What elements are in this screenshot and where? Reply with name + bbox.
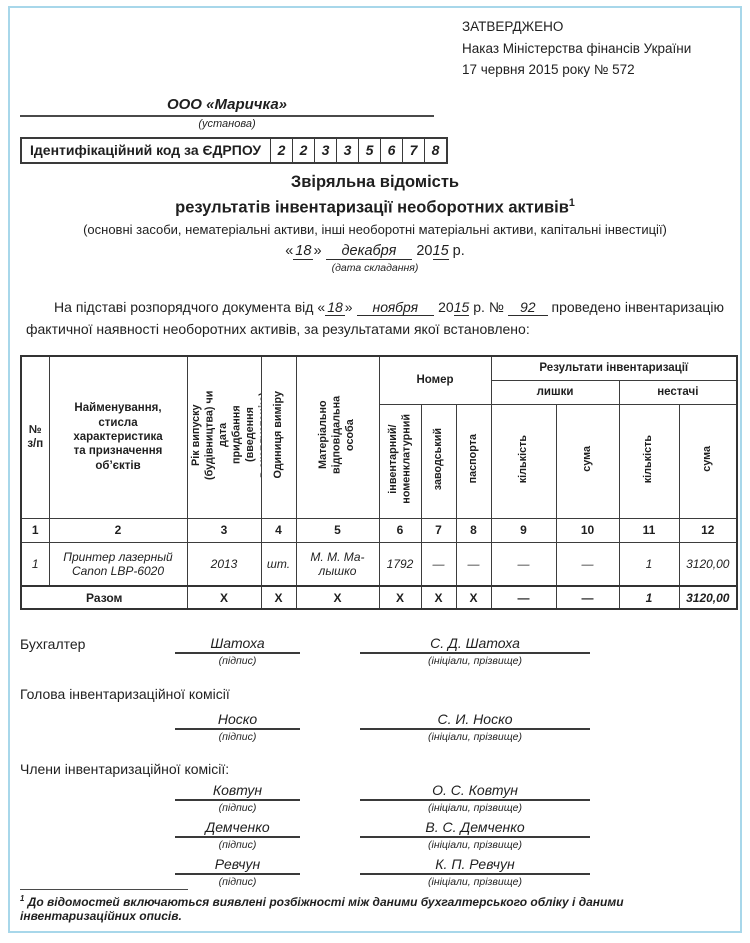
th-person: Матеріально відповідальна особа — [296, 356, 379, 518]
chairman-signature: Носко — [175, 711, 300, 730]
cell-surplus-sum: — — [556, 542, 619, 586]
date-year: 15 — [433, 243, 449, 260]
document-title-line-1: Звіряльна відомість — [20, 172, 730, 193]
col-num-2: 2 — [49, 518, 187, 542]
member-2-name: В. С. Демченко — [360, 819, 590, 838]
member-1-name-caption: (ініціали, прізвище) — [360, 802, 590, 814]
accountant-name-caption: (ініціали, прізвище) — [360, 655, 590, 667]
member-2-name-caption: (ініціали, прізвище) — [360, 839, 590, 851]
approval-line-1: ЗАТВЕРДЖЕНО — [462, 16, 730, 38]
footnote-text: 1 До відомостей включаються виявлені роз… — [20, 894, 730, 923]
title-footnote-ref: 1 — [569, 197, 575, 209]
chairman-signature-row: Носко (підпис) С. И. Носко (ініціали, пр… — [20, 711, 730, 743]
title-block: Звіряльна відомість результатів інвентар… — [20, 172, 730, 275]
edrpou-label: Ідентифікаційний код за ЄДРПОУ — [22, 139, 270, 162]
date-century: 20 — [412, 243, 432, 259]
accountant-signature-row: Бухгалтер Шатоха (підпис) С. Д. Шатоха (… — [20, 635, 730, 667]
th-np: № з/п — [21, 356, 49, 518]
document-date: «18» декабря 2015 р. — [20, 243, 730, 259]
chairman-name-block: С. И. Носко (ініціали, прізвище) — [360, 711, 590, 743]
member-3-name: К. П. Ревчун — [360, 856, 590, 875]
intro-number-label: р. № — [469, 299, 508, 315]
accountant-signature-caption: (підпис) — [175, 655, 300, 667]
cell-passport: — — [456, 542, 491, 586]
cell-name: Принтер лазерный Canon LBP-6020 — [49, 542, 187, 586]
total-passport: X — [456, 586, 491, 609]
member-1-signature-caption: (підпис) — [175, 802, 300, 814]
total-shortage-sum: 3120,00 — [679, 586, 737, 609]
total-inventory: X — [379, 586, 421, 609]
cell-inventory: 1792 — [379, 542, 421, 586]
intro-paragraph: На підставі розпорядчого документа від «… — [26, 297, 724, 340]
chairman-signature-caption: (підпис) — [175, 731, 300, 743]
total-surplus-sum: — — [556, 586, 619, 609]
th-shortage-sum: сума — [679, 404, 737, 518]
member-1-signature: Ковтун — [175, 782, 300, 801]
intro-mid: 20 — [434, 299, 454, 315]
th-unit: Одиниця виміру — [261, 356, 296, 518]
total-label: Разом — [21, 586, 187, 609]
th-factory-number: заводський — [421, 404, 456, 518]
cell-np: 1 — [21, 542, 49, 586]
intro-doc-number: 92 — [508, 299, 548, 316]
total-factory: X — [421, 586, 456, 609]
column-numbers-row: 1 2 3 4 5 6 7 8 9 10 11 12 — [21, 518, 737, 542]
th-name: Найменування, стисла характеристика та п… — [49, 356, 187, 518]
col-num-11: 11 — [619, 518, 679, 542]
total-unit: X — [261, 586, 296, 609]
chairman-name-caption: (ініціали, прізвище) — [360, 731, 590, 743]
edrpou-digit-6: 6 — [380, 139, 402, 162]
total-surplus-qty: — — [491, 586, 556, 609]
edrpou-digit-5: 5 — [358, 139, 380, 162]
th-inventory-number: інвентарний/ номенклатурний — [379, 404, 421, 518]
intro-day: 18 — [325, 299, 345, 316]
accountant-signature: Шатоха — [175, 635, 300, 654]
col-num-7: 7 — [421, 518, 456, 542]
organization-caption: (установа) — [20, 118, 434, 130]
col-num-1: 1 — [21, 518, 49, 542]
accountant-name-block: С. Д. Шатоха (ініціали, прізвище) — [360, 635, 590, 667]
chairman-signature-block: Носко (підпис) — [175, 711, 300, 743]
approval-line-3: 17 червня 2015 року № 572 — [462, 59, 730, 81]
chairman-name: С. И. Носко — [360, 711, 590, 730]
member-3-name-caption: (ініціали, прізвище) — [360, 876, 590, 888]
col-num-12: 12 — [679, 518, 737, 542]
edrpou-digit-2: 2 — [292, 139, 314, 162]
accountant-role-label: Бухгалтер — [20, 635, 175, 652]
cell-year: 2013 — [187, 542, 261, 586]
approval-block: ЗАТВЕРДЖЕНО Наказ Міністерства фінансів … — [462, 16, 730, 81]
col-num-6: 6 — [379, 518, 421, 542]
th-year: Рік випуску (будівництва) чи дата придба… — [187, 356, 261, 518]
cell-shortage-sum: 3120,00 — [679, 542, 737, 586]
th-shortage-group: нестачі — [619, 380, 737, 404]
member-2-signature: Демченко — [175, 819, 300, 838]
th-shortage-qty: кількість — [619, 404, 679, 518]
document-subtitle: (основні засоби, нематеріальні активи, і… — [20, 222, 730, 237]
date-caption: (дата складання) — [20, 262, 730, 274]
total-person: X — [296, 586, 379, 609]
edrpou-digit-4: 3 — [336, 139, 358, 162]
member-2-signature-caption: (підпис) — [175, 839, 300, 851]
col-num-3: 3 — [187, 518, 261, 542]
date-day: 18 — [293, 243, 313, 260]
th-surplus-qty: кількість — [491, 404, 556, 518]
total-shortage-qty: 1 — [619, 586, 679, 609]
th-surplus-sum: сума — [556, 404, 619, 518]
intro-month: ноября — [357, 299, 435, 316]
th-passport-number: паспорта — [456, 404, 491, 518]
col-num-10: 10 — [556, 518, 619, 542]
member-signature-row: Ковтун (підпис) О. С. Ковтун (ініціали, … — [20, 782, 730, 814]
edrpou-box: Ідентифікаційний код за ЄДРПОУ 2 2 3 3 5… — [20, 137, 448, 164]
date-era: р. — [449, 243, 465, 259]
edrpou-digit-1: 2 — [270, 139, 292, 162]
member-signature-row: Демченко (підпис) В. С. Демченко (ініціа… — [20, 819, 730, 851]
th-surplus-group: лишки — [491, 380, 619, 404]
intro-year: 15 — [454, 299, 470, 316]
edrpou-digit-3: 3 — [314, 139, 336, 162]
footnote-separator — [20, 889, 188, 890]
intro-quote-close: » — [345, 299, 357, 315]
table-row: 1 Принтер лазерный Canon LBP-6020 2013 ш… — [21, 542, 737, 586]
member-signature-row: Ревчун (підпис) К. П. Ревчун (ініціали, … — [20, 856, 730, 888]
intro-lead: На підставі розпорядчого документа від — [54, 299, 317, 315]
member-3-signature: Ревчун — [175, 856, 300, 875]
date-quote-close: » — [313, 243, 325, 259]
chairman-role-label: Голова інвентаризаційної комісії — [20, 686, 730, 702]
footnote: 1 До відомостей включаються виявлені роз… — [20, 889, 730, 923]
col-num-4: 4 — [261, 518, 296, 542]
col-num-8: 8 — [456, 518, 491, 542]
cell-surplus-qty: — — [491, 542, 556, 586]
member-3-signature-caption: (підпис) — [175, 876, 300, 888]
edrpou-digit-8: 8 — [424, 139, 446, 162]
cell-unit: шт. — [261, 542, 296, 586]
cell-shortage-qty: 1 — [619, 542, 679, 586]
accountant-name: С. Д. Шатоха — [360, 635, 590, 654]
document-title-line-2: результатів інвентаризації необоротних а… — [20, 193, 730, 219]
col-num-5: 5 — [296, 518, 379, 542]
date-month: декабря — [326, 243, 413, 260]
col-num-9: 9 — [491, 518, 556, 542]
approval-line-2: Наказ Міністерства фінансів України — [462, 38, 730, 60]
accountant-signature-block: Шатоха (підпис) — [175, 635, 300, 667]
total-row: Разом X X X X X X — — 1 3120,00 — [21, 586, 737, 609]
th-number-group: Номер — [379, 356, 491, 404]
total-year: X — [187, 586, 261, 609]
cell-factory: — — [421, 542, 456, 586]
th-results-group: Результати інвентаризації — [491, 356, 737, 380]
cell-person: М. М. Ма- лышко — [296, 542, 379, 586]
title-text: результатів інвентаризації необоротних а… — [175, 198, 569, 216]
inventory-table: № з/п Найменування, стисла характеристик… — [20, 355, 738, 610]
document-page: ЗАТВЕРДЖЕНО Наказ Міністерства фінансів … — [8, 6, 742, 933]
members-section-label: Члени інвентаризаційної комісії: — [20, 761, 730, 777]
organization-name: ООО «Маричка» — [20, 96, 434, 117]
member-1-name: О. С. Ковтун — [360, 782, 590, 801]
edrpou-digit-7: 7 — [402, 139, 424, 162]
